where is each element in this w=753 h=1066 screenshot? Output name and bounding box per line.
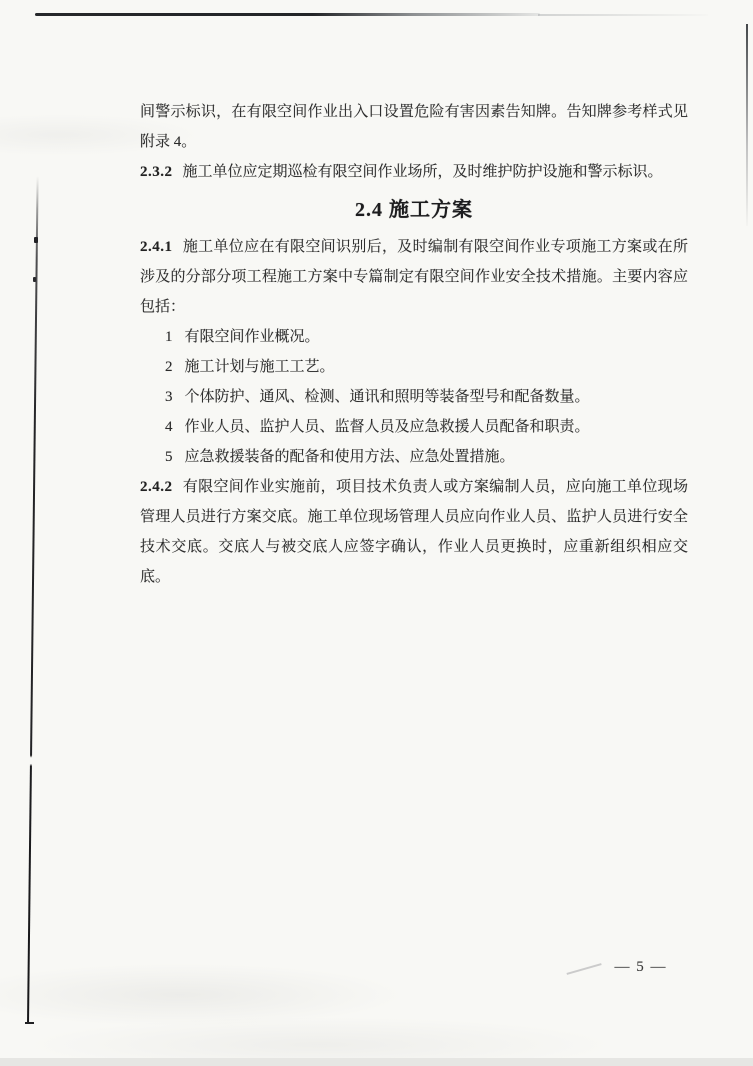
clause-2-4-2-text: 有限空间作业实施前，项目技术负责人或方案编制人员，应向施工单位现场管理人员进行方… [140, 479, 688, 585]
list-item-number: 2 [165, 359, 173, 375]
scan-artifact-right-edge-line [746, 24, 748, 226]
scan-artifact-left-fold-line [27, 176, 39, 1024]
list-item-text: 个体防护、通风、检测、通讯和照明等装备型号和配备数量。 [185, 389, 590, 405]
list-item: 5应急救援装备的配备和使用方法、应急处置措施。 [140, 442, 688, 472]
scan-artifact-left-line-blob [33, 277, 36, 282]
clause-2-4-1: 2.4.1施工单位应在有限空间识别后，及时编制有限空间作业专项施工方案或在所涉及… [140, 232, 688, 322]
section-heading-2-4: 2.4 施工方案 [140, 196, 688, 224]
clause-2-4-2-number: 2.4.2 [140, 479, 173, 495]
list-item: 3个体防护、通风、检测、通讯和照明等装备型号和配备数量。 [140, 382, 688, 412]
document-content: 间警示标识，在有限空间作业出入口设置危险有害因素告知牌。告知牌参考样式见附录 4… [140, 97, 688, 592]
list-item: 2施工计划与施工工艺。 [140, 352, 688, 382]
clause-2-4-2: 2.4.2有限空间作业实施前，项目技术负责人或方案编制人员，应向施工单位现场管理… [140, 472, 688, 592]
scanned-document-page: 间警示标识，在有限空间作业出入口设置危险有害因素告知牌。告知牌参考样式见附录 4… [0, 0, 753, 1066]
clause-2-4-1-text: 施工单位应在有限空间识别后，及时编制有限空间作业专项施工方案或在所涉及的分部分项… [140, 239, 688, 315]
scan-artifact-smudge [566, 963, 601, 974]
list-item-number: 1 [165, 329, 173, 345]
page-number: — 5 — [615, 956, 668, 978]
clause-2-3-2-number: 2.3.2 [140, 164, 173, 180]
list-item-text: 应急救援装备的配备和使用方法、应急处置措施。 [185, 449, 515, 465]
clause-2-3-2: 2.3.2施工单位应定期巡检有限空间作业场所，及时维护防护设施和警示标识。 [140, 157, 688, 187]
list-item-text: 有限空间作业概况。 [185, 329, 320, 345]
scan-artifact-top-edge-line [35, 13, 540, 16]
scan-artifact-bottom-edge-band [0, 1058, 753, 1066]
list-item-number: 3 [165, 389, 173, 405]
list-item-number: 4 [165, 419, 173, 435]
scan-artifact-left-line-foot [25, 1022, 34, 1024]
list-item: 1有限空间作业概况。 [140, 322, 688, 352]
list-item-number: 5 [165, 449, 173, 465]
list-item-text: 作业人员、监护人员、监督人员及应急救援人员配备和职责。 [185, 419, 590, 435]
paragraph-2-3-1-continuation: 间警示标识，在有限空间作业出入口设置危险有害因素告知牌。告知牌参考样式见附录 4… [140, 97, 688, 157]
plan-content-list: 1有限空间作业概况。 2施工计划与施工工艺。 3个体防护、通风、检测、通讯和照明… [140, 322, 688, 472]
scan-artifact-top-edge-line-tail [538, 14, 708, 16]
scan-artifact-left-line-blob [34, 237, 38, 243]
clause-2-3-2-text: 施工单位应定期巡检有限空间作业场所，及时维护防护设施和警示标识。 [183, 164, 663, 180]
list-item: 4作业人员、监护人员、监督人员及应急救援人员配备和职责。 [140, 412, 688, 442]
clause-2-4-1-number: 2.4.1 [140, 239, 173, 255]
list-item-text: 施工计划与施工工艺。 [185, 359, 335, 375]
